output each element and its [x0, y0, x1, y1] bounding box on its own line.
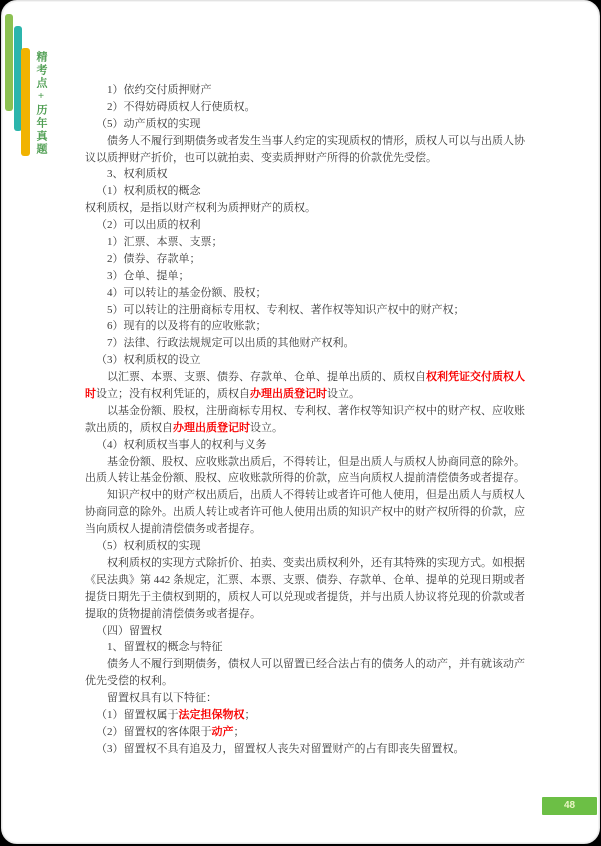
- text-line: （2）可以出质的权利: [85, 217, 530, 234]
- body-text: 设立。: [250, 422, 283, 434]
- text-line: 提货日期先于主债权到期的，质权人可以兑现或者提货，并与出质人协议将兑现的价款或者: [85, 589, 530, 606]
- text-line: 5）可以转让的注册商标专用权、专利权、著作权等知识产权中的财产权；: [85, 302, 530, 319]
- body-text: ；: [245, 709, 256, 721]
- text-line: 1、留置权的概念与特征: [85, 639, 530, 656]
- text-line: 7）法律、行政法规规定可以出质的其他财产权利。: [85, 335, 530, 352]
- body-text: （四）留置权: [96, 625, 162, 637]
- highlighted-text: 动产: [212, 726, 234, 738]
- highlighted-text: 法定担保物权: [179, 709, 245, 721]
- text-line: （四）留置权: [85, 623, 530, 640]
- text-line: 债务人不履行到期债务，债权人可以留置已经合法占有的债务人的动产，并有就该动产: [85, 656, 530, 673]
- text-line: 3）仓单、提单；: [85, 268, 530, 285]
- text-line: 知识产权中的财产权出质后，出质人不得转让或者许可他人使用，但是出质人与质权人: [85, 487, 530, 504]
- body-text: （5）动产质权的实现: [96, 118, 201, 130]
- text-line: 《民法典》第 442 条规定，汇票、本票、支票、债券、存款单、仓单、提单的兑现日…: [85, 572, 530, 589]
- text-line: 3、权利质权: [85, 166, 530, 183]
- body-text: 2）债券、存款单；: [107, 253, 201, 265]
- body-text: 出质人转让基金份额、股权、应收账款所得的价款，应当向质权人提前清偿债务或者提存。: [85, 472, 525, 484]
- body-text: 以汇票、本票、支票、债券、存款单、仓单、提单出质的、质权自: [107, 371, 426, 383]
- highlighted-text: 办理出质登记时: [173, 422, 250, 434]
- text-line: （3）留置权不具有追及力，留置权人丧失对留置财产的占有即丧失留置权。: [85, 741, 530, 758]
- body-text: （4）权利质权当事人的权利与义务: [96, 439, 267, 451]
- body-text: 1、留置权的概念与特征: [107, 641, 223, 653]
- text-line: 1）汇票、本票、支票；: [85, 234, 530, 251]
- body-text: 提取的货物提前清偿债务或者提存。: [85, 608, 261, 620]
- body-text: 权利质权，是指以财产权利为质押财产的质权。: [85, 202, 316, 214]
- text-line: 基金份额、股权、应收账款出质后，不得转让，但是出质人与质权人协商同意的除外。: [85, 454, 530, 471]
- text-line: 以基金份额、股权，注册商标专用权、专利权、著作权等知识产权中的财产权、应收账: [85, 403, 530, 420]
- text-line: 6）现有的以及将有的应收账款；: [85, 318, 530, 335]
- text-line: 2）不得妨碍质权人行使质权。: [85, 99, 530, 116]
- body-text: 6）现有的以及将有的应收账款；: [107, 320, 267, 332]
- sidebar-yellow-bar: [21, 48, 30, 156]
- text-line: 权利质权的实现方式除折价、拍卖、变卖出质权利外，还有其特殊的实现方式。如根据: [85, 555, 530, 572]
- body-text: 协商同意的除外。出质人转让或者许可他人使用出质的知识产权中的财产权所得的价款，应: [85, 506, 525, 518]
- text-line: （5）权利质权的实现: [85, 538, 530, 555]
- text-line: 当向质权人提前清偿债务或者提存。: [85, 521, 530, 538]
- text-line: 以汇票、本票、支票、债券、存款单、仓单、提单出质的、质权自权利凭证交付质权人: [85, 369, 530, 386]
- text-line: 债务人不履行到期债务或者发生当事人约定的实现质权的情形，质权人可以与出质人协: [85, 133, 530, 150]
- page-number-badge: 48: [542, 797, 597, 815]
- body-text: 提货日期先于主债权到期的，质权人可以兑现或者提货，并与出质人协议将兑现的价款或者: [85, 591, 525, 603]
- body-text: （2）可以出质的权利: [96, 219, 201, 231]
- highlighted-text: 权利凭证交付质权人: [426, 371, 525, 383]
- body-text: 《民法典》第 442 条规定，汇票、本票、支票、债券、存款单、仓单、提单的兑现日…: [85, 574, 525, 586]
- body-text: 当向质权人提前清偿债务或者提存。: [85, 523, 261, 535]
- body-text: （3）权利质权的设立: [96, 354, 201, 366]
- body-text: 3）仓单、提单；: [107, 270, 190, 282]
- text-line: 4）可以转让的基金份额、股权；: [85, 285, 530, 302]
- text-line: （2）留置权的客体限于动产；: [85, 724, 530, 741]
- sidebar-green-bar: [5, 14, 13, 111]
- body-text: （1）权利质权的概念: [96, 185, 201, 197]
- body-text: 款出质的，质权自: [85, 422, 173, 434]
- text-line: （5）动产质权的实现: [85, 116, 530, 133]
- body-text: 债务人不履行到期债务，债权人可以留置已经合法占有的债务人的动产，并有就该动产: [107, 658, 525, 670]
- body-text: （1）留置权属于: [96, 709, 179, 721]
- sidebar-vertical-label: 精考点+历年真题: [33, 51, 49, 166]
- text-line: （1）留置权属于法定担保物权；: [85, 707, 530, 724]
- body-text: （5）权利质权的实现: [96, 540, 201, 552]
- body-text: ；: [234, 726, 245, 738]
- body-text: 设立。: [327, 388, 360, 400]
- text-line: 协商同意的除外。出质人转让或者许可他人使用出质的知识产权中的财产权所得的价款，应: [85, 504, 530, 521]
- text-line: 出质人转让基金份额、股权、应收账款所得的价款，应当向质权人提前清偿债务或者提存。: [85, 470, 530, 487]
- body-text: 2）不得妨碍质权人行使质权。: [107, 101, 256, 113]
- body-text: （2）留置权的客体限于: [96, 726, 212, 738]
- document-body: 1）依约交付质押财产2）不得妨碍质权人行使质权。（5）动产质权的实现债务人不履行…: [85, 82, 530, 758]
- body-text: 留置权具有以下特征：: [107, 692, 217, 704]
- body-text: （3）留置权不具有追及力，留置权人丧失对留置财产的占有即丧失留置权。: [96, 743, 465, 755]
- body-text: 基金份额、股权、应收账款出质后，不得转让，但是出质人与质权人协商同意的除外。: [107, 456, 525, 468]
- text-line: 留置权具有以下特征：: [85, 690, 530, 707]
- document-page: 精考点+历年真题 1）依约交付质押财产2）不得妨碍质权人行使质权。（5）动产质权…: [1, 0, 600, 844]
- body-text: 7）法律、行政法规规定可以出质的其他财产权利。: [107, 337, 355, 349]
- text-line: 优先受偿的权利。: [85, 673, 530, 690]
- text-line: （1）权利质权的概念: [85, 183, 530, 200]
- text-line: （4）权利质权当事人的权利与义务: [85, 437, 530, 454]
- text-line: （3）权利质权的设立: [85, 352, 530, 369]
- body-text: 3、权利质权: [107, 168, 168, 180]
- body-text: 以基金份额、股权，注册商标专用权、专利权、著作权等知识产权中的财产权、应收账: [107, 405, 525, 417]
- text-line: 1）依约交付质押财产: [85, 82, 530, 99]
- text-line: 2）债券、存款单；: [85, 251, 530, 268]
- body-text: 1）汇票、本票、支票；: [107, 236, 223, 248]
- body-text: 4）可以转让的基金份额、股权；: [107, 287, 267, 299]
- body-text: 设立；没有权利凭证的，质权自: [96, 388, 250, 400]
- text-line: 议以质押财产折价，也可以就拍卖、变卖质押财产所得的价款优先受偿。: [85, 150, 530, 167]
- highlighted-text: 办理出质登记时: [250, 388, 327, 400]
- body-text: 5）可以转让的注册商标专用权、专利权、著作权等知识产权中的财产权；: [107, 304, 465, 316]
- text-line: 时设立；没有权利凭证的，质权自办理出质登记时设立。: [85, 386, 530, 403]
- text-line: 款出质的，质权自办理出质登记时设立。: [85, 420, 530, 437]
- body-text: 议以质押财产折价，也可以就拍卖、变卖质押财产所得的价款优先受偿。: [85, 152, 437, 164]
- text-line: 提取的货物提前清偿债务或者提存。: [85, 606, 530, 623]
- body-text: 知识产权中的财产权出质后，出质人不得转让或者许可他人使用，但是出质人与质权人: [107, 489, 525, 501]
- body-text: 权利质权的实现方式除折价、拍卖、变卖出质权利外，还有其特殊的实现方式。如根据: [107, 557, 525, 569]
- body-text: 债务人不履行到期债务或者发生当事人约定的实现质权的情形，质权人可以与出质人协: [107, 135, 525, 147]
- body-text: 优先受偿的权利。: [85, 675, 173, 687]
- text-line: 权利质权，是指以财产权利为质押财产的质权。: [85, 200, 530, 217]
- highlighted-text: 时: [85, 388, 96, 400]
- body-text: 1）依约交付质押财产: [107, 84, 212, 96]
